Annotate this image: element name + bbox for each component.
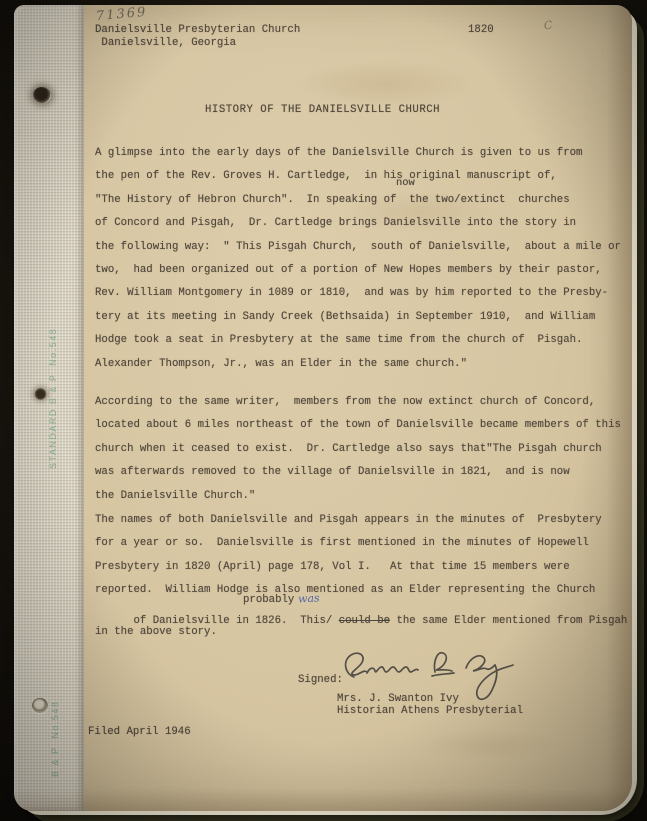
paper-stain: [394, 723, 584, 767]
typed-signer-name: Mrs. J. Swanton Ivy: [337, 694, 523, 706]
typed-line: A glimpse into the early days of the Dan…: [95, 142, 621, 165]
paragraph-3-last-line: in the above story.: [95, 626, 217, 638]
typed-line: of Concord and Pisgah, Dr. Cartledge bri…: [95, 212, 621, 235]
heading-line-1: Danielsville Presbyterian Church: [95, 24, 300, 37]
typed-line: According to the same writer, members fr…: [95, 391, 621, 414]
struck-text: could be: [339, 615, 390, 627]
signed-label: Signed:: [298, 674, 343, 686]
strike-line-after: the same Elder mentioned from Pisgah: [390, 615, 627, 627]
typed-line: reported. William Hodge is also mentione…: [95, 579, 602, 602]
typed-line: Hodge took a seat in Presbytery at the s…: [95, 329, 621, 352]
scanned-document-photo: STANDARD B & P No.548 B & P No.548 71369…: [0, 0, 647, 821]
typed-line: the pen of the Rev. Groves H. Cartledge,…: [95, 165, 621, 188]
cloth-binding-tape: STANDARD B & P No.548 B & P No.548: [14, 5, 84, 811]
heading-line-2: Danielsville, Georgia: [95, 37, 300, 50]
typed-signature-block: Mrs. J. Swanton Ivy Historian Athens Pre…: [337, 694, 523, 717]
typed-line: Presbytery in 1820 (April) page 178, Vol…: [95, 556, 602, 579]
document-title: HISTORY OF THE DANIELSVILLE CHURCH: [205, 104, 440, 116]
typed-line: tery at its meeting in Sandy Creek (Beth…: [95, 306, 621, 329]
typed-line: Alexander Thompson, Jr., was an Elder in…: [95, 353, 621, 376]
paragraph-1: A glimpse into the early days of the Dan…: [95, 142, 621, 376]
document-heading: Danielsville Presbyterian Church Daniels…: [95, 24, 300, 50]
typed-line: located about 6 miles northeast of the t…: [95, 414, 621, 437]
typed-line: The names of both Danielsville and Pisga…: [95, 509, 602, 532]
tape-stamp-text-upper: STANDARD B & P No.548: [48, 233, 58, 469]
typed-line: was afterwards removed to the village of…: [95, 461, 621, 484]
typed-line: for a year or so. Danielsville is first …: [95, 532, 602, 555]
typed-line: "The History of Hebron Church". In speak…: [95, 189, 621, 212]
page-year: 1820: [468, 24, 494, 36]
document-page: STANDARD B & P No.548 B & P No.548 71369…: [14, 5, 632, 811]
paper-edge-shading: [14, 789, 632, 811]
typed-line: the following way: " This Pisgah Church,…: [95, 236, 621, 259]
typed-line: the Danielsville Church.": [95, 485, 621, 508]
tape-stamp-text-lower: B & P No.548: [50, 645, 60, 777]
punch-hole-bottom: [32, 698, 48, 713]
paragraph-2: According to the same writer, members fr…: [95, 391, 621, 508]
typed-line: two, had been organized out of a portion…: [95, 259, 621, 282]
filed-note: Filed April 1946: [88, 726, 191, 738]
paragraph-3: The names of both Danielsville and Pisga…: [95, 509, 602, 603]
pencil-corner-mark: C: [543, 18, 554, 32]
handwritten-catalog-number: 71369: [95, 5, 147, 24]
typed-insertion-now: now: [396, 177, 415, 189]
punch-hole-middle: [34, 388, 47, 400]
typed-line: Rev. William Montgomery in 1089 or 1810,…: [95, 282, 621, 305]
typed-signer-title: Historian Athens Presbyterial: [337, 706, 523, 718]
typed-line: church when it ceased to exist. Dr. Cart…: [95, 438, 621, 461]
